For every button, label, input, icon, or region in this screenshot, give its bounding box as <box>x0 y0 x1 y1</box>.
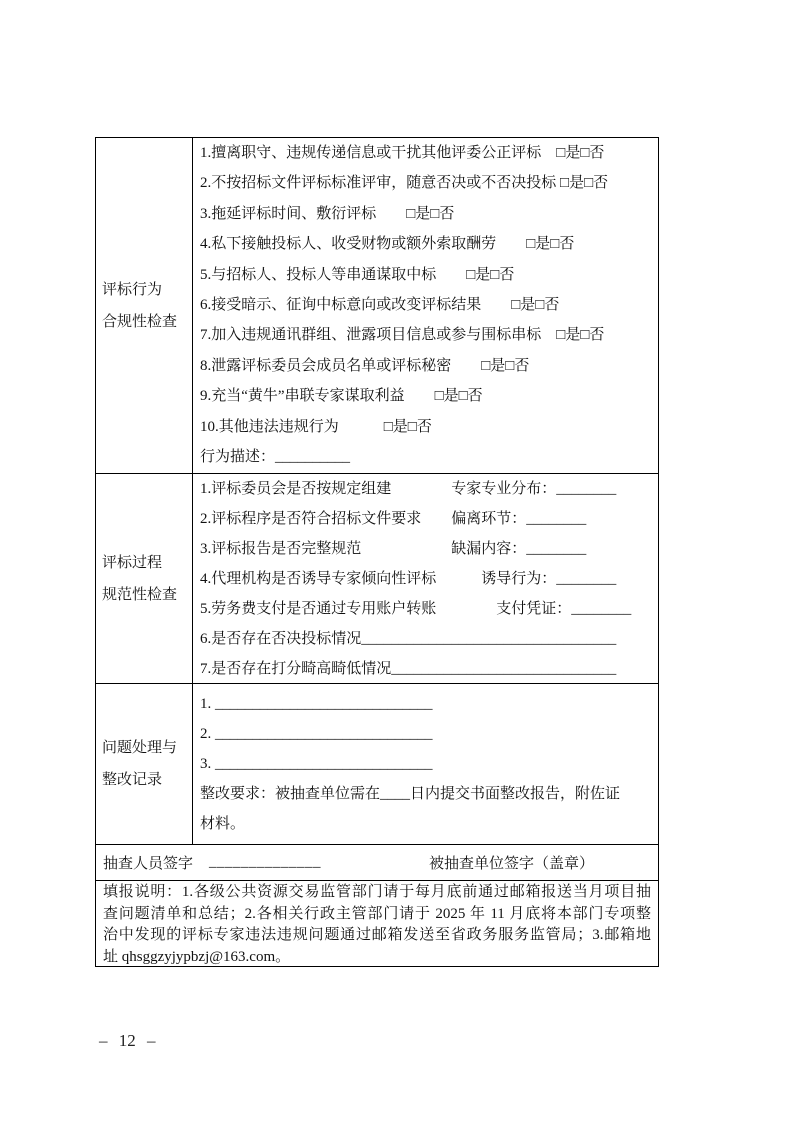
checklist-item: 6.接受暗示、征询中标意向或改变评标结果 □是□否 <box>200 290 652 320</box>
checklist-item: 8.泄露评标委员会成员名单或评标秘密 □是□否 <box>200 351 652 381</box>
checklist-item: 5.劳务费支付是否通过专用账户转账 支付凭证：________ <box>200 594 652 624</box>
filing-note-line: 查问题清单和总结；2.各相关行政主管部门请于 2025 年 11 月底将本部门专… <box>103 904 651 926</box>
section-content-cell: 1.评标委员会是否按规定组建 专家专业分布：________ 2.评标程序是否符… <box>193 474 658 683</box>
section-behavior-compliance: 评标行为 合规性检查 1.擅离职守、违规传递信息或干扰其他评委公正评标 □是□否… <box>96 138 658 473</box>
document-page: 评标行为 合规性检查 1.擅离职守、违规传递信息或干扰其他评委公正评标 □是□否… <box>0 0 793 1122</box>
section-label-line: 整改记录 <box>102 764 192 796</box>
record-blank-line: 1. _____________________________ <box>200 689 652 719</box>
record-blank-line: 3. _____________________________ <box>200 749 652 779</box>
inspection-form-table: 评标行为 合规性检查 1.擅离职守、违规传递信息或干扰其他评委公正评标 □是□否… <box>95 137 659 967</box>
checklist-item: 3.评标报告是否完整规范 缺漏内容：________ <box>200 534 652 564</box>
section-label-cell: 问题处理与 整改记录 <box>96 684 193 844</box>
section-label-line: 合规性检查 <box>102 306 192 338</box>
filing-note-line: 治中发现的评标专家违法违规问题通过邮箱发送至省政务服务监管局；3.邮箱地 <box>103 925 651 947</box>
section-label-line: 评标过程 <box>102 547 192 579</box>
page-number: – 12 – <box>99 1031 156 1051</box>
section-content-cell: 1.擅离职守、违规传递信息或干扰其他评委公正评标 □是□否 2.不按招标文件评标… <box>193 138 658 473</box>
section-label-line: 规范性检查 <box>102 579 192 611</box>
rectification-requirement: 整改要求：被抽查单位需在____日内提交书面整改报告，附佐证 <box>200 779 652 809</box>
behavior-description-blank: 行为描述：__________ <box>200 442 652 472</box>
checklist-item: 10.其他违法违规行为 □是□否 <box>200 412 652 442</box>
section-label-line: 评标行为 <box>102 274 192 306</box>
rectification-requirement: 材料。 <box>200 809 652 839</box>
checklist-item: 7.是否存在打分畸高畸低情况__________________________… <box>200 654 652 683</box>
filing-note-line: 填报说明：1.各级公共资源交易监管部门请于每月底前通过邮箱报送当月项目抽 <box>103 882 651 904</box>
filing-note-line: 址 qhsggzyjypbzj@163.com。 <box>103 947 651 969</box>
checklist-item: 9.充当“黄牛”串联专家谋取利益 □是□否 <box>200 381 652 411</box>
checklist-item: 2.评标程序是否符合招标文件要求 偏离环节：________ <box>200 504 652 534</box>
section-label-cell: 评标过程 规范性检查 <box>96 474 193 683</box>
unit-signature-label: 被抽查单位签字（盖章） <box>429 852 594 873</box>
section-rectification-record: 问题处理与 整改记录 1. __________________________… <box>96 683 658 844</box>
checklist-item: 1.擅离职守、违规传递信息或干扰其他评委公正评标 □是□否 <box>200 138 652 168</box>
section-process-standard: 评标过程 规范性检查 1.评标委员会是否按规定组建 专家专业分布：_______… <box>96 473 658 683</box>
record-blank-line: 2. _____________________________ <box>200 719 652 749</box>
inspector-signature-blank: ______________ <box>209 854 321 871</box>
checklist-item: 3.拖延评标时间、敷衍评标 □是□否 <box>200 199 652 229</box>
checklist-item: 5.与招标人、投标人等串通谋取中标 □是□否 <box>200 260 652 290</box>
checklist-item: 7.加入违规通讯群组、泄露项目信息或参与围标串标 □是□否 <box>200 320 652 350</box>
signature-row: 抽查人员签字 ______________ 被抽查单位签字（盖章） <box>96 844 658 880</box>
filing-notes-row: 填报说明：1.各级公共资源交易监管部门请于每月底前通过邮箱报送当月项目抽 查问题… <box>96 880 658 966</box>
checklist-item: 4.代理机构是否诱导专家倾向性评标 诱导行为：________ <box>200 564 652 594</box>
section-label-line: 问题处理与 <box>102 732 192 764</box>
checklist-item: 6.是否存在否决投标情况____________________________… <box>200 624 652 654</box>
checklist-item: 1.评标委员会是否按规定组建 专家专业分布：________ <box>200 474 652 504</box>
inspector-signature-label: 抽查人员签字 <box>103 852 193 873</box>
section-label-cell: 评标行为 合规性检查 <box>96 138 193 473</box>
section-content-cell: 1. _____________________________ 2. ____… <box>193 684 658 844</box>
checklist-item: 2.不按招标文件评标标准评审，随意否决或不否决投标 □是□否 <box>200 168 652 198</box>
checklist-item: 4.私下接触投标人、收受财物或额外索取酬劳 □是□否 <box>200 229 652 259</box>
